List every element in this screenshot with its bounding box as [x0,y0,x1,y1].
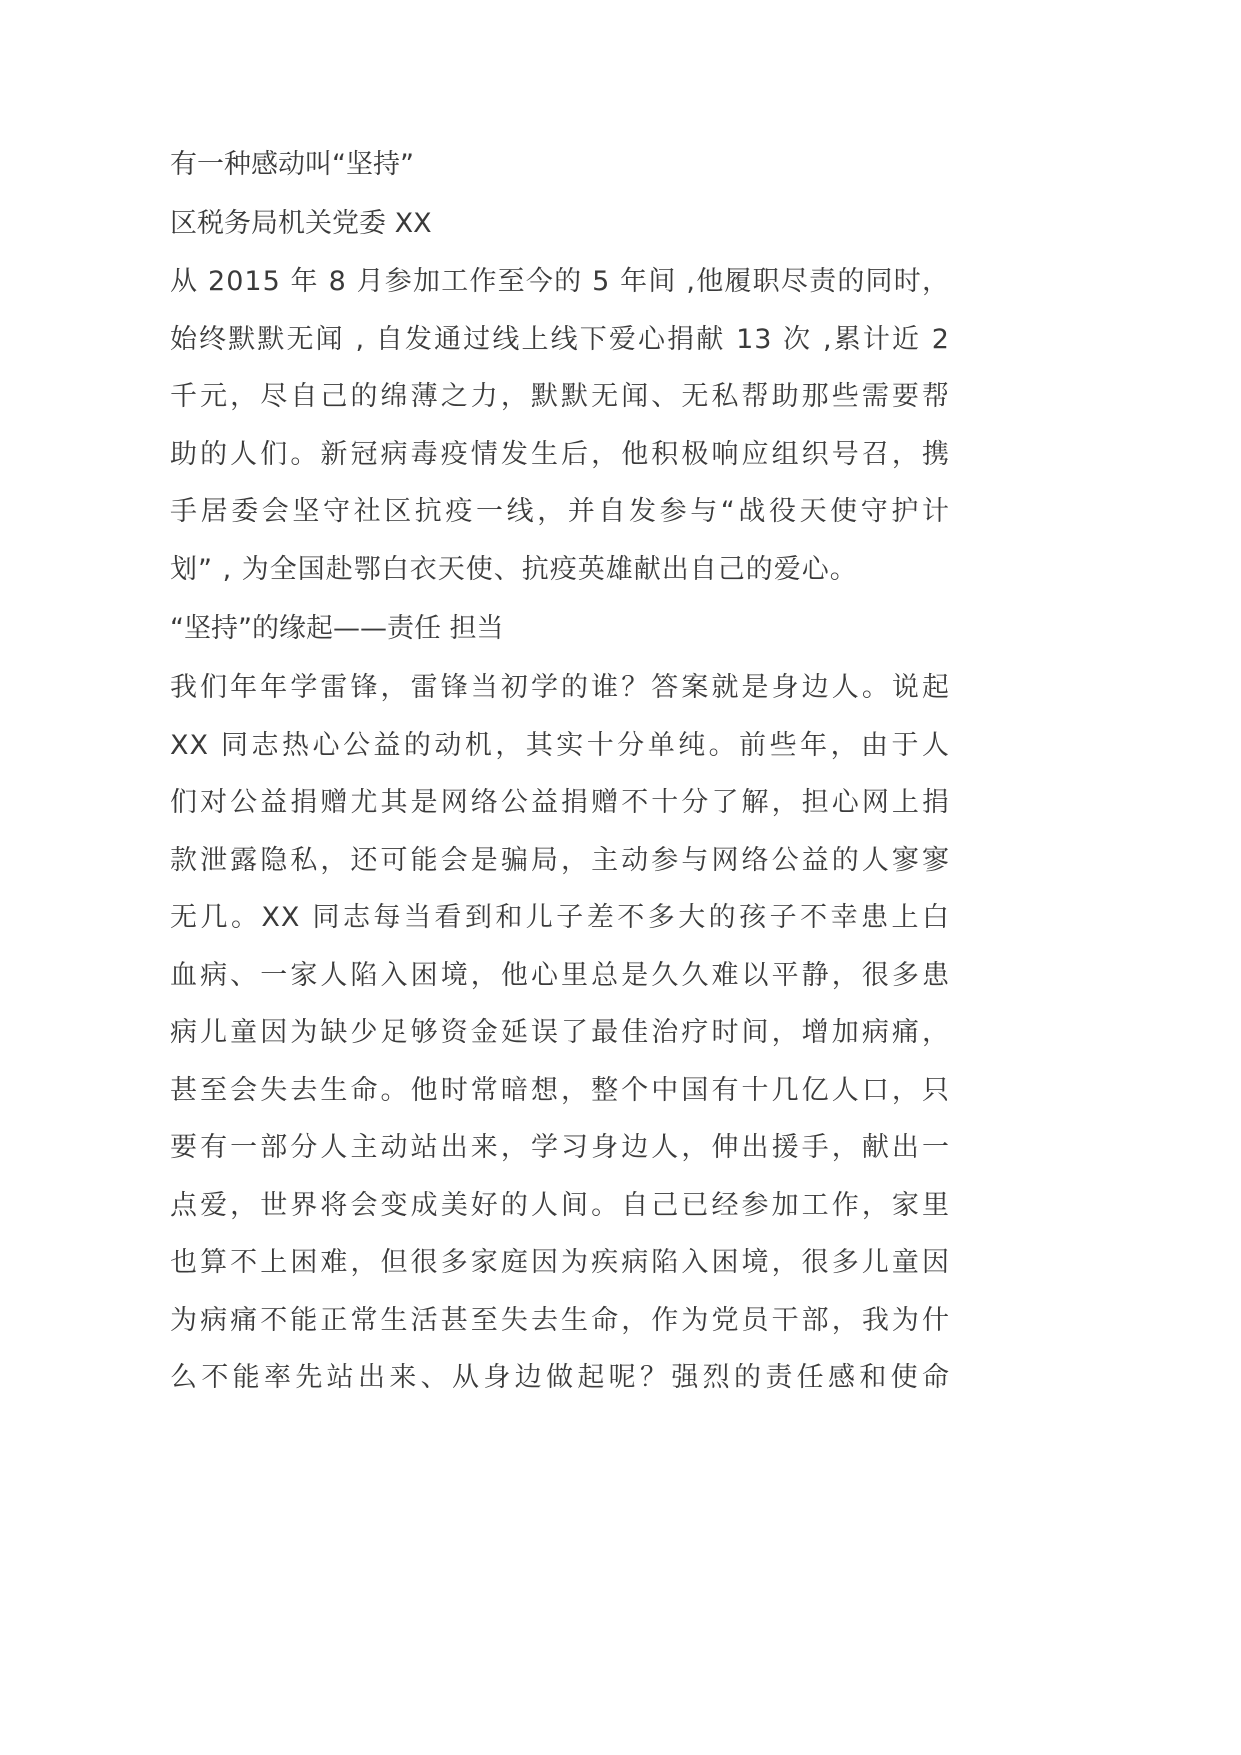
paragraph-line: 点爱，世界将会变成美好的人间。自己已经参加工作，家里 [170,1189,950,1223]
paragraph-line: 手居委会坚守社区抗疫一线，并自发参与“战役天使守护计 [170,495,950,529]
paragraph-line: XX 同志热心公益的动机，其实十分单纯。前些年，由于人 [170,729,950,763]
document-page: 有一种感动叫“坚持” 区税务局机关党委 XX 从 2015 年 8 月参加工作至… [0,0,1241,1755]
paragraph-line: 始终默默无闻 , 自发通过线上线下爱心捐献 13 次 ,累计近 2 [170,323,950,357]
paragraph-line: 病儿童因为缺少足够资金延误了最佳治疗时间，增加病痛， [170,1016,950,1050]
section-heading: “坚持”的缘起——责任 担当 [170,612,950,646]
paragraph-line: 么不能率先站出来、从身边做起呢？强烈的责任感和使命 [170,1361,950,1395]
paragraph-line: 助的人们。新冠病毒疫情发生后，他积极响应组织号召，携 [170,438,950,472]
paragraph-line: 无几。XX 同志每当看到和儿子差不多大的孩子不幸患上白 [170,901,950,935]
paragraph-line: 要有一部分人主动站出来，学习身边人，伸出援手，献出一 [170,1131,950,1165]
paragraph-line: 也算不上困难，但很多家庭因为疾病陷入困境，很多儿童因 [170,1246,950,1280]
paragraph-line: 款泄露隐私，还可能会是骗局，主动参与网络公益的人寥寥 [170,844,950,878]
paragraph-line: 们对公益捐赠尤其是网络公益捐赠不十分了解，担心网上捐 [170,786,950,820]
paragraph-line: 我们年年学雷锋，雷锋当初学的谁？答案就是身边人。说起 [170,671,950,705]
paragraph-line: 甚至会失去生命。他时常暗想，整个中国有十几亿人口，只 [170,1074,950,1108]
paragraph-line: 千元，尽自己的绵薄之力，默默无闻、无私帮助那些需要帮 [170,380,950,414]
paragraph-line: 血病、一家人陷入困境，他心里总是久久难以平静，很多患 [170,959,950,993]
document-title: 有一种感动叫“坚持” [170,148,950,182]
paragraph-line: 从 2015 年 8 月参加工作至今的 5 年间 ,他履职尽责的同时， [170,265,950,299]
paragraph-line: 划” , 为全国赴鄂白衣天使、抗疫英雄献出自己的爱心。 [170,553,950,587]
document-byline: 区税务局机关党委 XX [170,207,950,241]
paragraph-line: 为病痛不能正常生活甚至失去生命，作为党员干部，我为什 [170,1304,950,1338]
